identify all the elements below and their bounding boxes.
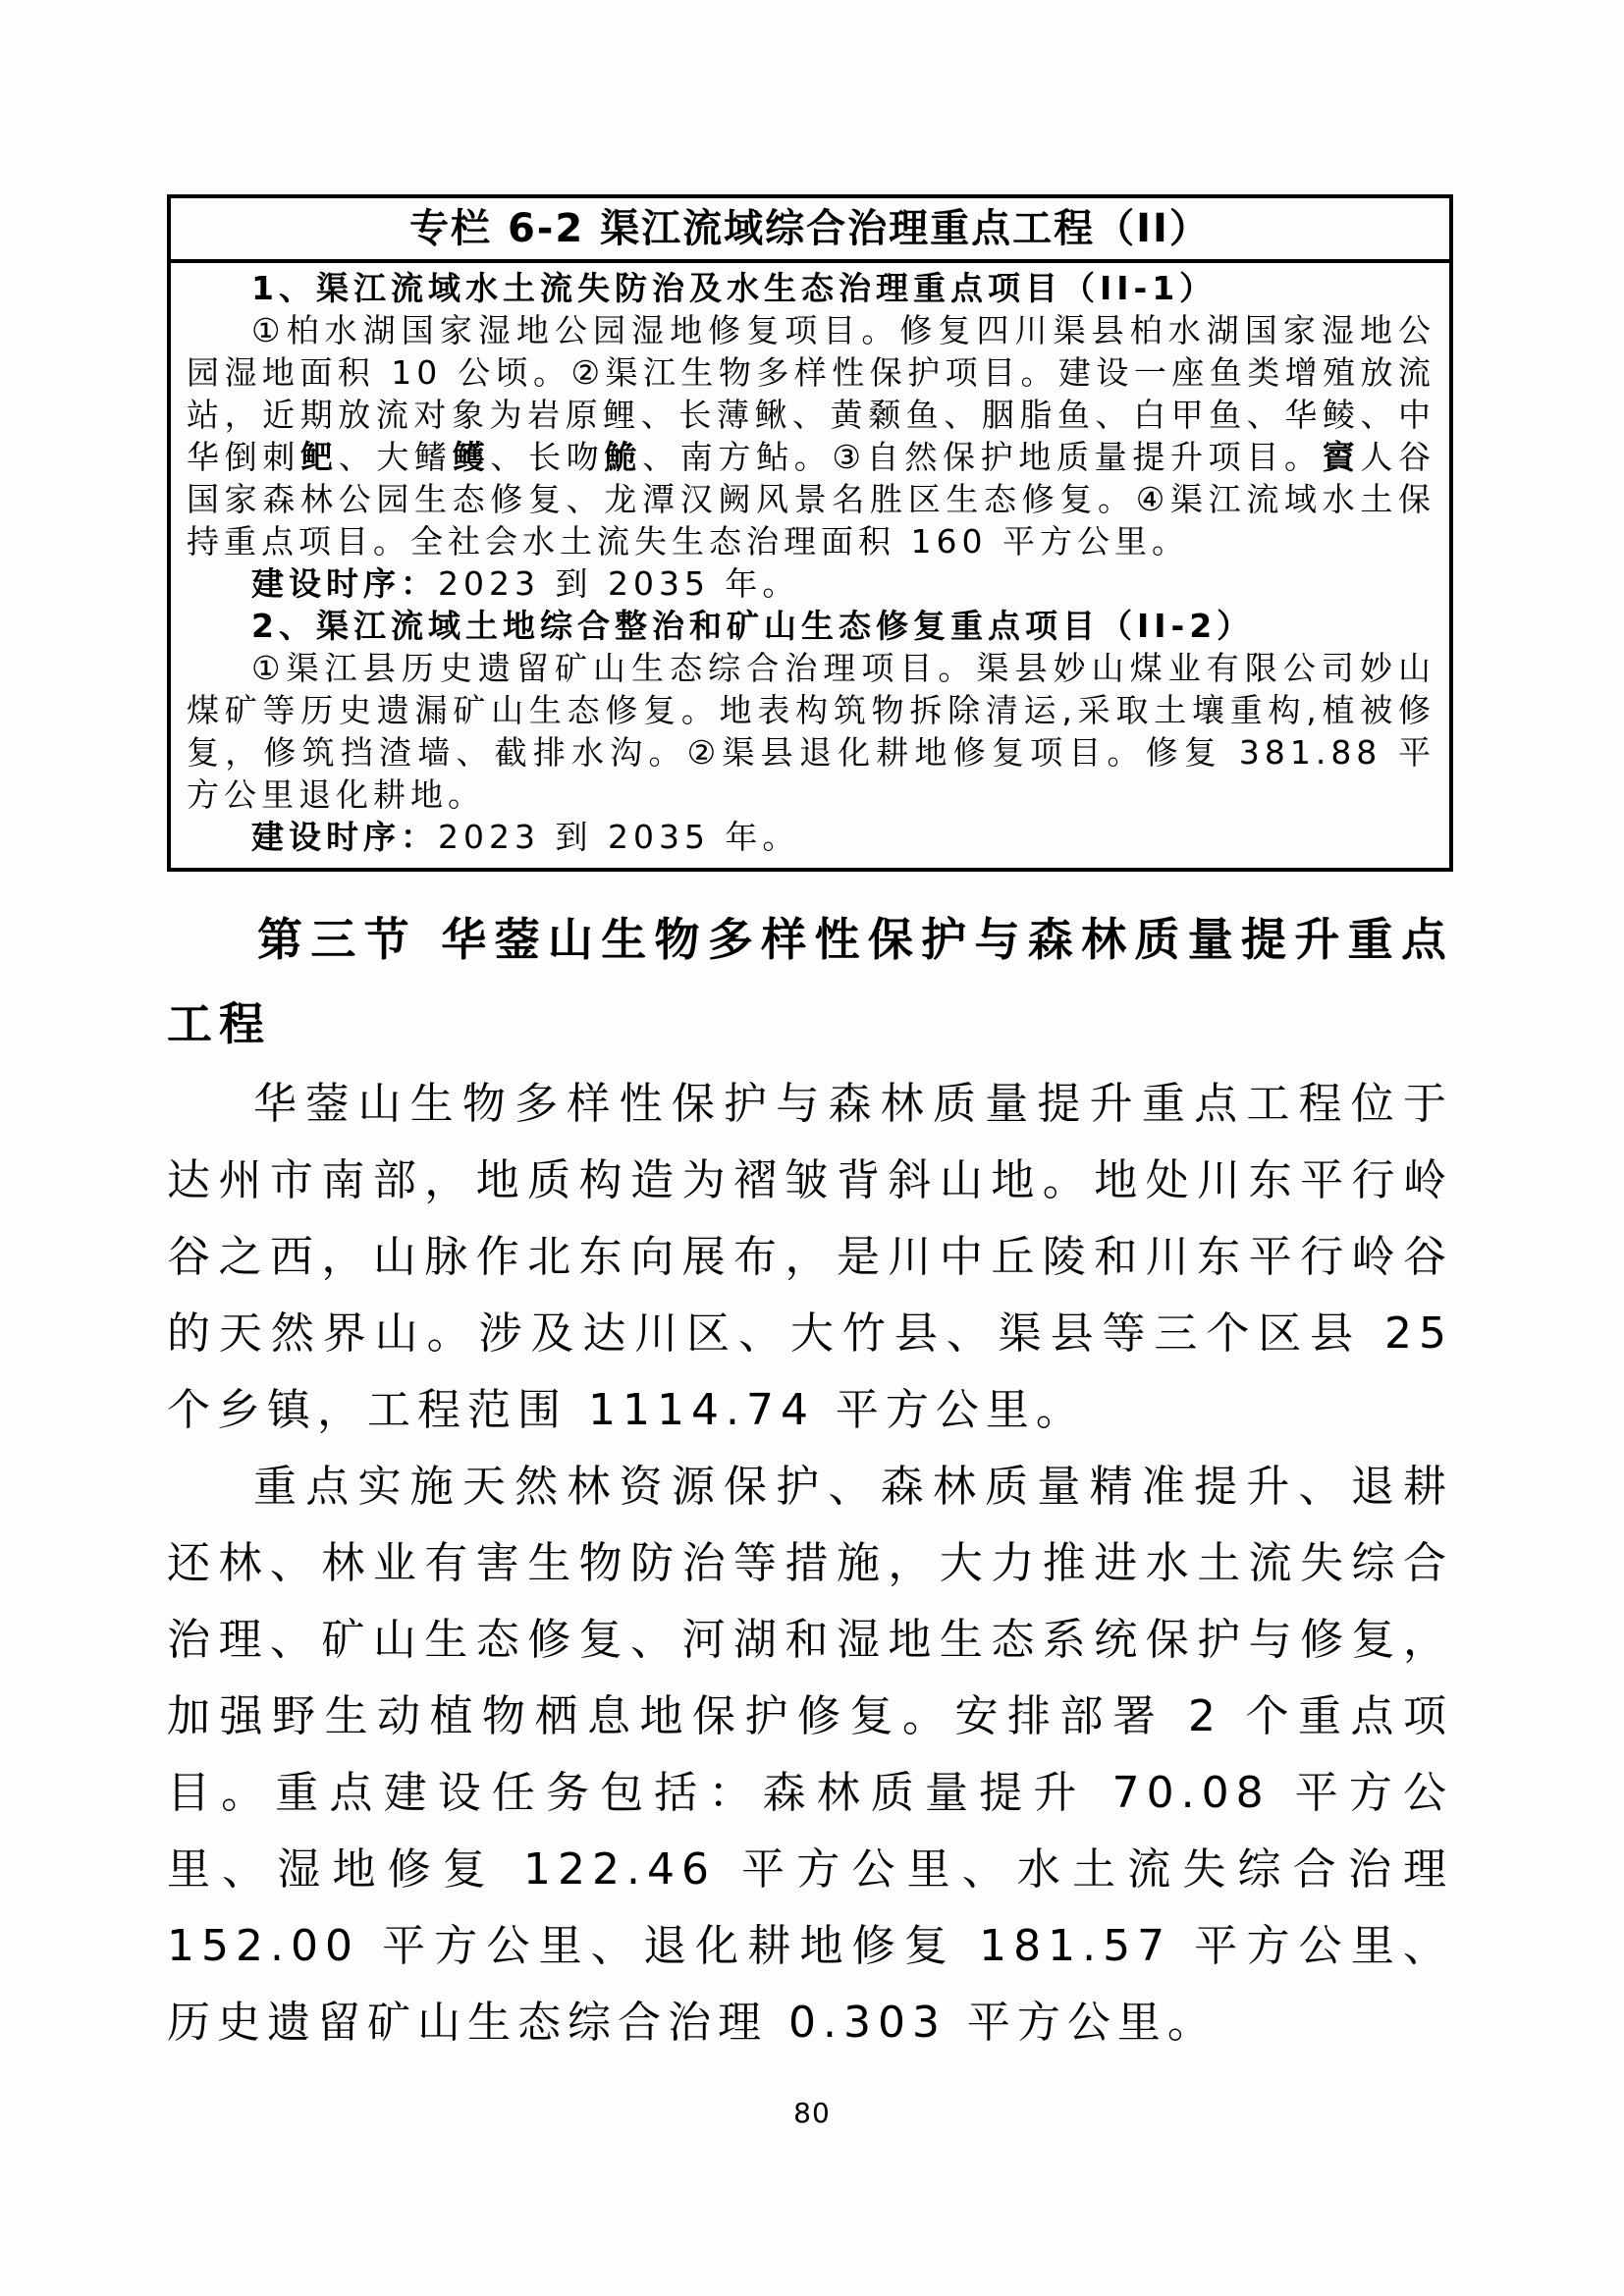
feature-box-title: 专栏 6-2 渠江流域综合治理重点工程（II） [171, 198, 1449, 263]
bold-text-segment: 鮠 [604, 438, 642, 476]
feature-box: 专栏 6-2 渠江流域综合治理重点工程（II） 1、渠江流域水土流失防治及水生态… [167, 194, 1453, 872]
body-paragraphs: 华蓥山生物多样性保护与森林质量提升重点工程位于达州市南部，地质构造为褶皱背斜山地… [167, 1066, 1453, 2061]
bold-text-segment: 鲃 [300, 438, 339, 476]
bold-text-segment: 鳠 [453, 438, 491, 476]
body-paragraph: 华蓥山生物多样性保护与森林质量提升重点工程位于达州市南部，地质构造为褶皱背斜山地… [167, 1066, 1453, 1449]
bold-text-segment: 1、渠江流域水土流失防治及水生态治理重点项目（II-1） [251, 269, 1217, 307]
text-segment: ①渠江县历史遗留矿山生态综合治理项目。渠县妙山煤业有限公司妙山煤矿等历史遗漏矿山… [187, 649, 1435, 814]
bold-text-segment: 建设时序： [251, 818, 438, 856]
box-block-schedule: 建设时序：2023 到 2035 年。 [187, 562, 1435, 605]
box-block-para: ①柏水湖国家湿地公园湿地修复项目。修复四川渠县柏水湖国家湿地公园湿地面积 10 … [187, 309, 1435, 562]
bold-text-segment: 賨 [1323, 438, 1361, 476]
section-heading: 第三节 华蓥山生物多样性保护与森林质量提升重点工程 [167, 897, 1453, 1066]
text-segment: 2023 到 2035 年。 [438, 818, 799, 856]
bold-text-segment: 2、渠江流域土地综合整治和矿山生态修复重点项目（II-2） [251, 607, 1254, 645]
text-segment: 、南方鲇。③自然保护地质量提升项目。 [642, 438, 1323, 476]
box-block-para: ①渠江县历史遗留矿山生态综合治理项目。渠县妙山煤业有限公司妙山煤矿等历史遗漏矿山… [187, 647, 1435, 816]
box-block-schedule: 建设时序：2023 到 2035 年。 [187, 816, 1435, 858]
box-block-heading: 2、渠江流域土地综合整治和矿山生态修复重点项目（II-2） [187, 605, 1435, 647]
page-content: 专栏 6-2 渠江流域综合治理重点工程（II） 1、渠江流域水土流失防治及水生态… [167, 194, 1453, 2061]
text-segment: 、长吻 [490, 438, 604, 476]
feature-box-body: 1、渠江流域水土流失防治及水生态治理重点项目（II-1）①柏水湖国家湿地公园湿地… [171, 263, 1449, 868]
text-segment: 2023 到 2035 年。 [438, 564, 799, 603]
bold-text-segment: 建设时序： [251, 564, 438, 603]
box-block-heading: 1、渠江流域水土流失防治及水生态治理重点项目（II-1） [187, 267, 1435, 309]
page-number: 80 [0, 2097, 1624, 2129]
body-paragraph: 重点实施天然林资源保护、森林质量精准提升、退耕还林、林业有害生物防治等措施，大力… [167, 1449, 1453, 2061]
text-segment: 、大鳍 [339, 438, 453, 476]
document-page: 专栏 6-2 渠江流域综合治理重点工程（II） 1、渠江流域水土流失防治及水生态… [0, 0, 1624, 2296]
